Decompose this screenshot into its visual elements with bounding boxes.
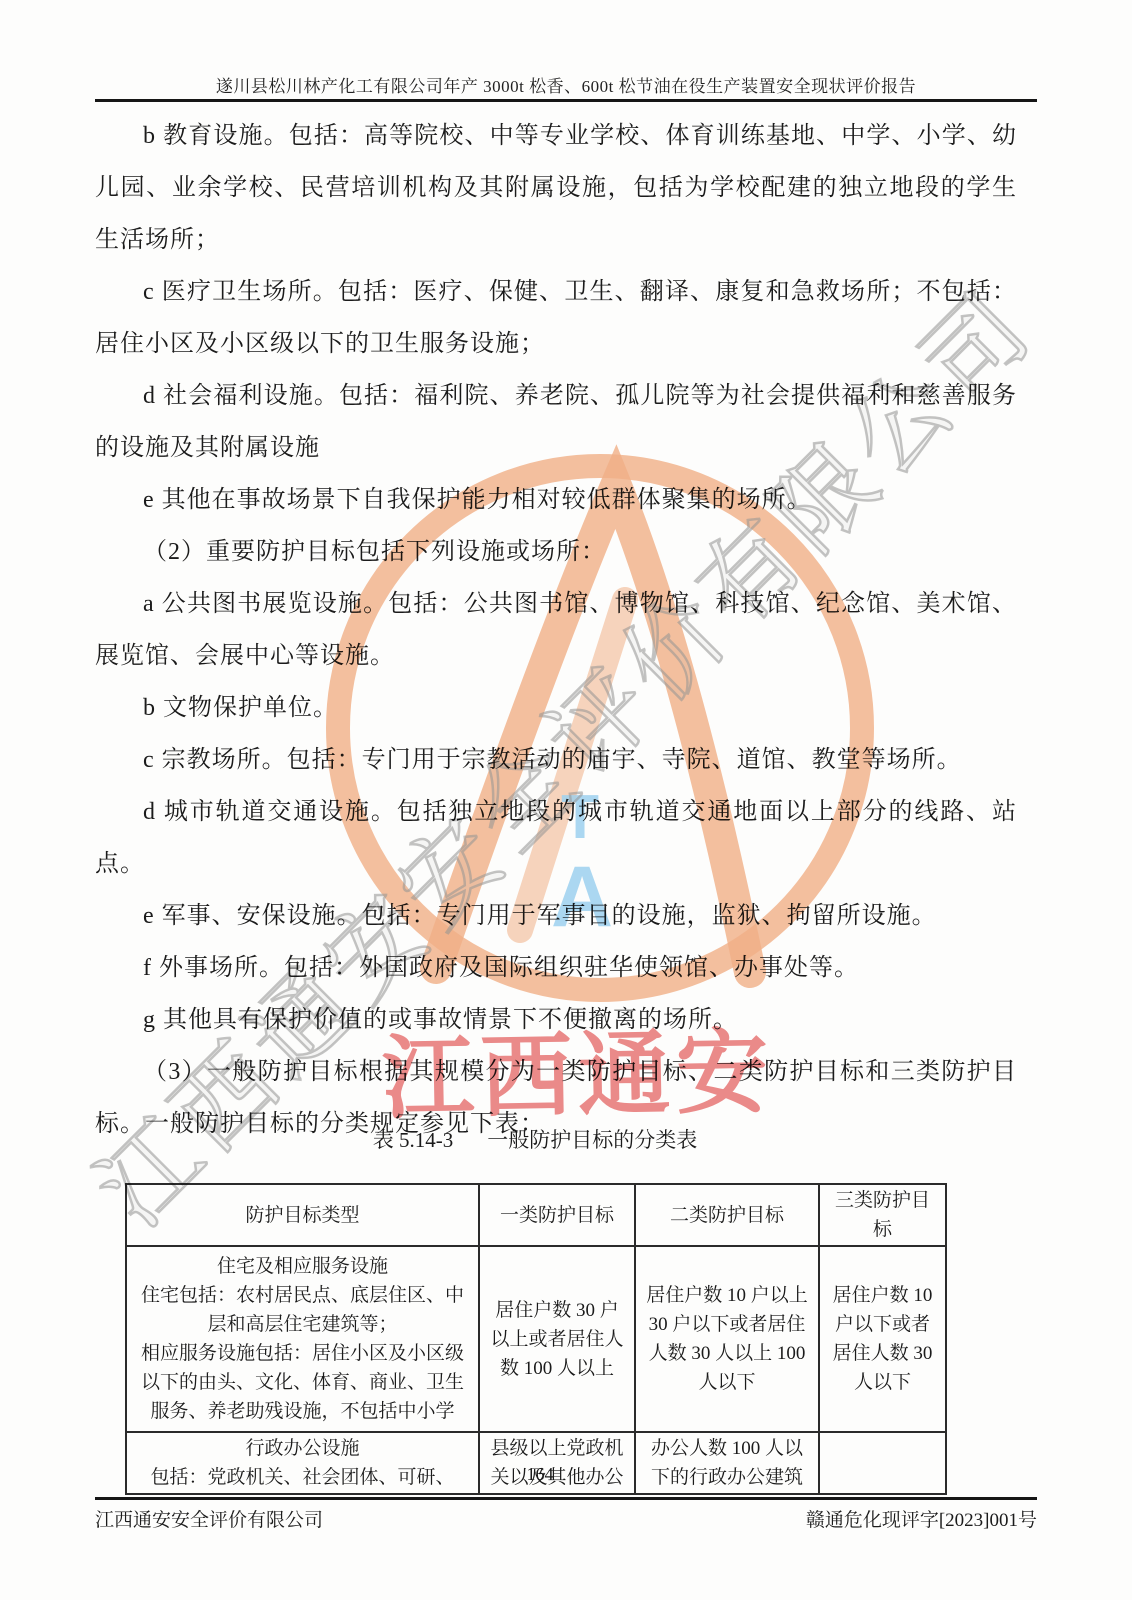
- paragraph: c 宗教场所。包括：专门用于宗教活动的庙宇、寺院、道馆、教堂等场所。: [95, 734, 1017, 786]
- header-rule: [95, 99, 1037, 102]
- col-header-class3: 三类防护目标: [819, 1184, 946, 1246]
- col-header-class1: 一类防护目标: [479, 1184, 635, 1246]
- cell-residential-class1: 居住户数 30 户以上或者居住人数 100 人以上: [479, 1246, 635, 1432]
- classification-table: 防护目标类型 一类防护目标 二类防护目标 三类防护目标 住宅及相应服务设施 住宅…: [125, 1183, 947, 1495]
- paragraph: b 文物保护单位。: [95, 682, 1017, 734]
- table-row: 住宅及相应服务设施 住宅包括：农村居民点、底层住区、中层和高层住宅建筑等； 相应…: [126, 1246, 946, 1432]
- footer-company: 江西通安安全评价有限公司: [95, 1505, 323, 1532]
- footer-rule: [95, 1497, 1037, 1500]
- page-header-title: 遂川县松川林产化工有限公司年产 3000t 松香、600t 松节油在役生产装置安…: [95, 72, 1037, 97]
- paragraph: b 教育设施。包括：高等院校、中等专业学校、体育训练基地、中学、小学、幼儿园、业…: [95, 110, 1017, 266]
- paragraph: a 公共图书展览设施。包括：公共图书馆、博物馆、科技馆、纪念馆、美术馆、展览馆、…: [95, 578, 1017, 682]
- cell-residential-class2: 居住户数 10 户以上 30 户以下或者居住人数 30 人以上 100 人以下: [635, 1246, 819, 1432]
- col-header-target-type: 防护目标类型: [126, 1184, 479, 1246]
- paragraph: d 城市轨道交通设施。包括独立地段的城市轨道交通地面以上部分的线路、站点。: [95, 786, 1017, 890]
- paragraph: g 其他具有保护价值的或事故情景下不便撤离的场所。: [95, 994, 1017, 1046]
- page-footer: 江西通安安全评价有限公司 赣通危化现评字[2023]001号: [95, 1505, 1037, 1532]
- table-caption-label: 表 5.14-3: [373, 1128, 454, 1152]
- cell-residential-class3: 居住户数 10 户以下或者居住人数 30 人以下: [819, 1246, 946, 1432]
- table-caption-title: 一般防护目标的分类表: [487, 1128, 697, 1152]
- footer-doc-number: 赣通危化现评字[2023]001号: [806, 1505, 1037, 1532]
- paragraph: （2）重要防护目标包括下列设施或场所：: [95, 526, 1017, 578]
- paragraph: d 社会福利设施。包括：福利院、养老院、孤儿院等为社会提供福利和慈善服务的设施及…: [95, 370, 1017, 474]
- paragraph: f 外事场所。包括：外国政府及国际组织驻华使领馆、办事处等。: [95, 942, 1017, 994]
- cell-residential-type: 住宅及相应服务设施 住宅包括：农村居民点、底层住区、中层和高层住宅建筑等； 相应…: [126, 1246, 479, 1432]
- body-text: b 教育设施。包括：高等院校、中等专业学校、体育训练基地、中学、小学、幼儿园、业…: [95, 110, 1017, 1150]
- document-page: 遂川县松川林产化工有限公司年产 3000t 松香、600t 松节油在役生产装置安…: [0, 0, 1132, 1600]
- paragraph: c 医疗卫生场所。包括：医疗、保健、卫生、翻译、康复和急救场所；不包括：居住小区…: [95, 266, 1017, 370]
- page-number: 164: [0, 1464, 1080, 1485]
- table-caption: 表 5.14-3一般防护目标的分类表: [125, 1124, 945, 1154]
- col-header-class2: 二类防护目标: [635, 1184, 819, 1246]
- table-header-row: 防护目标类型 一类防护目标 二类防护目标 三类防护目标: [126, 1184, 946, 1246]
- paragraph: e 军事、安保设施。包括：专门用于军事目的设施，监狱、拘留所设施。: [95, 890, 1017, 942]
- paragraph: e 其他在事故场景下自我保护能力相对较低群体聚集的场所。: [95, 474, 1017, 526]
